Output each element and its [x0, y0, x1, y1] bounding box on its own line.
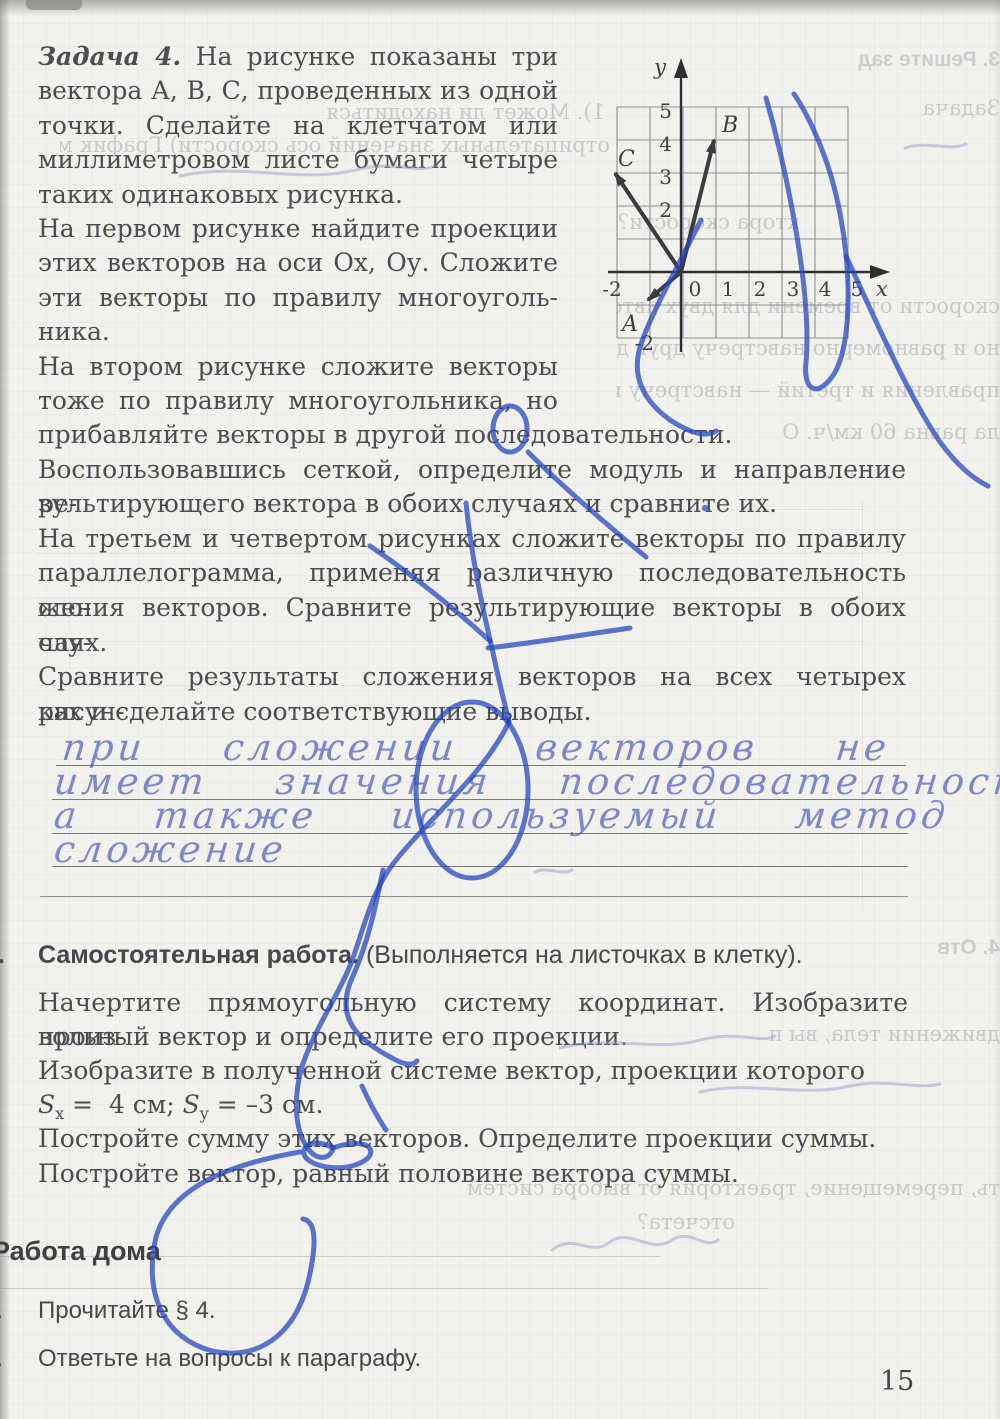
selfwork-title: Самостоятельная работа. — [38, 941, 359, 969]
vector-diagram-svg: -20123455432-2yx ABC — [598, 30, 898, 362]
text-line: Воспользовавшись сеткой, определите моду… — [38, 453, 906, 488]
selfwork-paragraph-a: Начертите прямоугольную систему координа… — [38, 986, 908, 1088]
scan-edge-right — [992, 0, 1000, 1419]
text-line: точки. Сделайте на клетчатом или — [38, 109, 558, 143]
handwritten-answer-line: сложение — [52, 828, 289, 871]
text-line: Начертите прямоугольную систему координа… — [38, 986, 908, 1020]
page-number: 15 — [880, 1366, 914, 1397]
projection-formula: Sx = 4 см; Sy = –3 см. — [38, 1088, 908, 1122]
faint-squiggle — [905, 144, 966, 148]
text-line: вольный вектор и определите его проекции… — [38, 1020, 908, 1054]
homework-item-number: 1. — [0, 1297, 3, 1325]
text-line: этих векторов на оси Ох, Оу. Сложите — [38, 246, 558, 280]
answer-rule — [52, 866, 908, 867]
text-line: зультирующего вектора в обоих случаях и … — [38, 487, 906, 522]
text-line: Изобразите в полученной системе вектор, … — [38, 1054, 908, 1088]
sy-subscript: y — [200, 1104, 209, 1123]
text-line: На первом рисунке найдите проекции — [38, 212, 558, 246]
bleed-text: отсчета? — [605, 1210, 735, 1234]
vector-label-C: C — [618, 147, 635, 172]
task-first-line: На рисунке показаны три — [181, 42, 558, 71]
answer-rule — [56, 765, 906, 766]
selfwork-paragraph-b: Постройте сумму этих векторов. Определит… — [38, 1122, 908, 1191]
x-tick-label: 2 — [754, 277, 767, 301]
text-line: миллиметровом листе бумаги четыре — [38, 143, 558, 177]
text-line: параллелограмма, применяя различную посл… — [38, 556, 906, 591]
y-tick-label: 2 — [659, 198, 672, 222]
x-tick-label: -2 — [602, 277, 621, 301]
homework-title: Работа дома — [0, 1236, 161, 1267]
scan-edge-mark — [26, 0, 82, 10]
y-axis-label: y — [653, 55, 667, 79]
sx-symbol: S — [38, 1090, 55, 1119]
answer-rule — [40, 896, 908, 897]
sy-symbol: S — [183, 1090, 200, 1119]
text-line: Сравните результаты сложения векторов на… — [38, 660, 906, 695]
homework-item: Ответьте на вопросы к параграфу. — [38, 1345, 421, 1373]
homework-item-number: 2. — [0, 1345, 3, 1373]
x-tick-label: 0 — [689, 277, 702, 301]
vector-A — [648, 272, 681, 300]
y-tick-label: 3 — [659, 165, 672, 189]
text-line: Задача 4. На рисунке показаны три — [38, 40, 558, 74]
text-line: Постройте вектор, равный половине вектор… — [38, 1157, 908, 1192]
grid-lines — [617, 107, 848, 338]
task-intro-lines: вектора А, В, С, проведенных из однойточ… — [38, 74, 558, 418]
axis-ticks: -20123455432-2yx — [602, 55, 888, 355]
task-label: Задача 4. — [38, 42, 181, 71]
vectors: ABC — [615, 113, 738, 337]
selfwork-number: 3. — [0, 941, 5, 970]
text-line: Постройте сумму этих векторов. Определит… — [38, 1122, 908, 1157]
text-line: эти векторы по правилу многоуголь- — [38, 281, 558, 315]
task-intro-paragraph: Задача 4. На рисунке показаны три вектор… — [38, 40, 558, 418]
vector-diagram: -20123455432-2yx ABC — [598, 30, 898, 362]
text-line: На третьем и четвертом рисунках сложите … — [38, 522, 906, 557]
homework-item: Прочитайте § 4. — [38, 1297, 216, 1325]
sy-value: = –3 см. — [209, 1090, 324, 1119]
x-tick-label: 5 — [851, 277, 864, 301]
text-line: ника. — [38, 315, 558, 349]
y-axis-arrow — [674, 58, 688, 78]
answer-rule — [52, 833, 908, 834]
faint-rule — [0, 1288, 768, 1289]
bleed-text: правления и третий — навстречу им. Ск — [616, 378, 1000, 402]
text-line: чаях. — [38, 626, 906, 661]
selfwork-subtitle: (Выполняется на листочках в клетку). — [359, 941, 803, 969]
text-line: прибавляйте векторы в другой последовате… — [38, 418, 906, 453]
scan-edge-top — [0, 0, 1000, 16]
x-tick-label: 1 — [722, 277, 735, 301]
bleed-text: Задача 1 ( — [915, 96, 1000, 120]
y-tick-label: 4 — [659, 132, 672, 156]
task-body-paragraph: прибавляйте векторы в другой последовате… — [38, 418, 906, 729]
text-line: тоже по правилу многоугольника, но — [38, 384, 558, 418]
x-axis-label: x — [876, 277, 888, 301]
selfwork-heading: Самостоятельная работа. (Выполняется на … — [38, 941, 968, 970]
x-tick-label: 3 — [787, 277, 800, 301]
text-line: жения векторов. Сравните результирующие … — [38, 591, 906, 626]
faint-squiggle — [552, 1236, 718, 1250]
y-tick-label: 5 — [659, 99, 672, 123]
x-tick-label: 4 — [819, 277, 832, 301]
scanned-workbook-page: 3. Решите задач Задача 1 ( 1). Может ли … — [0, 0, 1000, 1419]
sx-subscript: x — [55, 1104, 64, 1123]
text-line: На втором рисунке сложите векторы — [38, 350, 558, 384]
text-line: вектора А, В, С, проведенных из одной — [38, 74, 558, 108]
text-line: таких одинаковых рисунка. — [38, 178, 558, 212]
sx-value: = 4 см; — [64, 1090, 182, 1119]
text-line: ках и сделайте соответствующие выводы. — [38, 695, 906, 730]
faint-squiggle — [535, 870, 572, 872]
vector-label-A: A — [620, 312, 638, 337]
answer-rule — [52, 799, 908, 800]
vector-label-B: B — [721, 113, 738, 138]
scan-edge-left — [0, 0, 10, 1419]
